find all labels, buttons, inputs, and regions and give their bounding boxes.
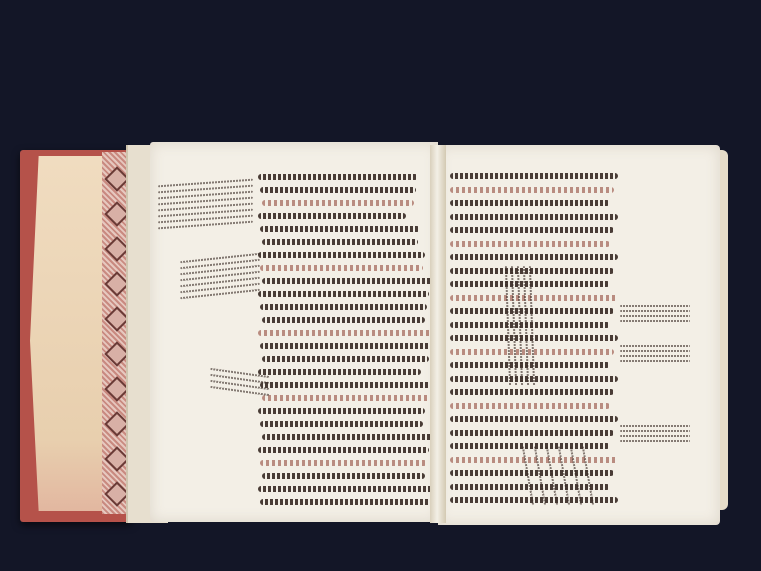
text-line [258,291,429,297]
text-line [262,356,429,362]
marginal-gloss [620,310,690,312]
text-line [258,213,406,219]
text-line [258,447,429,453]
text-line [260,421,423,427]
text-line [262,239,418,245]
text-line [258,174,418,180]
text-line [450,268,614,274]
text-line [260,382,435,388]
text-line [450,173,618,179]
text-line [260,226,420,232]
text-line [450,254,618,260]
marginal-gloss [620,425,690,427]
marginal-gloss [620,355,690,357]
marginal-gloss [620,315,690,317]
marginal-gloss [620,440,690,442]
text-line [450,430,614,436]
marginal-gloss [620,345,690,347]
text-line [262,317,425,323]
text-line [260,499,431,505]
manuscript-photo: Open Arabic manuscript with red leather … [0,0,761,571]
marginal-gloss [620,430,690,432]
text-line [262,395,433,401]
text-line [450,214,618,220]
text-line [450,295,618,301]
right-page [438,145,720,525]
text-line [262,434,437,440]
text-line [450,389,614,395]
marginal-gloss [620,360,690,362]
text-line [450,241,610,247]
text-line [258,330,433,336]
marginal-gloss [620,320,690,322]
book-gutter [430,145,446,523]
left-page [150,142,438,522]
text-line [450,362,610,368]
text-line [450,470,614,476]
text-line [260,460,427,466]
text-line [260,265,423,271]
image-subject: Open Arabic manuscript with red leather … [0,0,1,1]
text-line [450,335,618,341]
text-line [262,200,414,206]
text-line [450,187,614,193]
text-line [450,403,610,409]
text-line [450,200,610,206]
envelope-flap [30,156,102,511]
marginal-gloss [620,435,690,437]
text-line [262,278,437,284]
text-line [258,252,425,258]
text-line [262,473,425,479]
text-line [260,343,431,349]
text-line [450,457,618,463]
text-line [260,304,427,310]
text-line [258,408,425,414]
text-line [258,369,421,375]
text-line [258,486,433,492]
marginal-gloss [620,350,690,352]
text-line [260,187,416,193]
text-line [450,443,610,449]
text-line [450,227,614,233]
marginal-gloss [620,305,690,307]
text-line [450,416,618,422]
